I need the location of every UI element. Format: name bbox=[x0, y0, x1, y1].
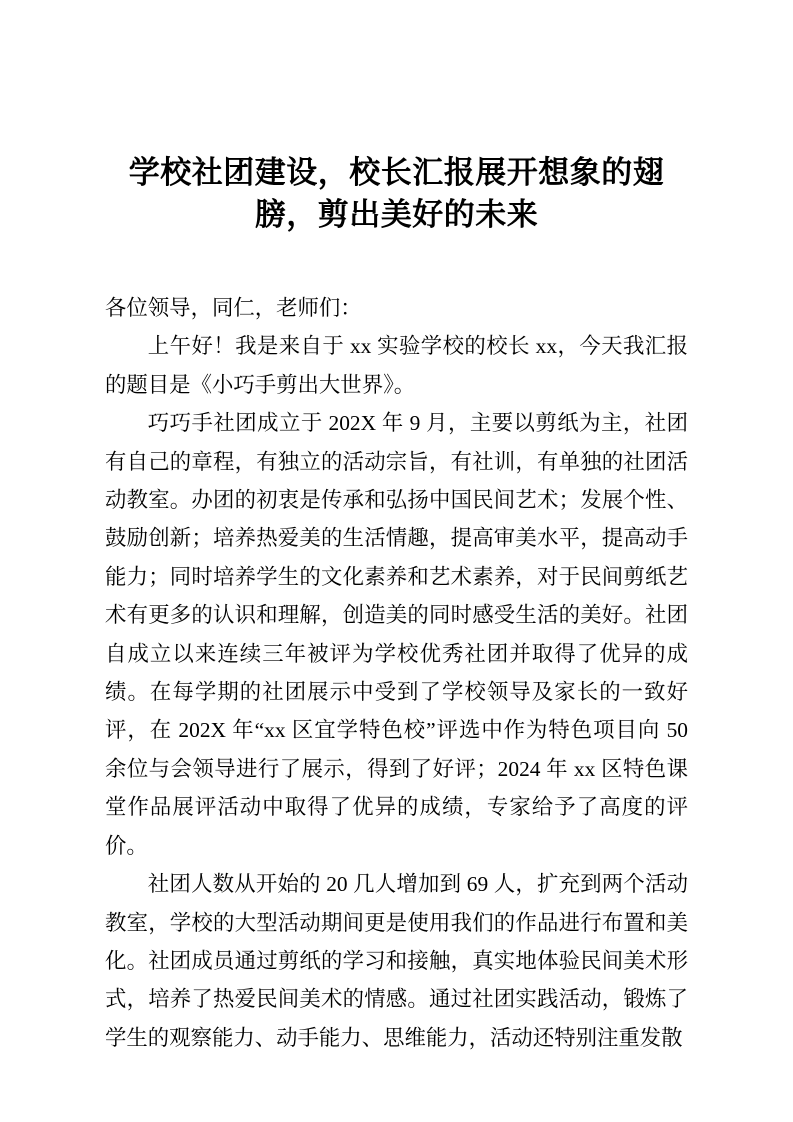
paragraph-club-intro: 巧巧手社团成立于 202X 年 9 月，主要以剪纸为主，社团有自己的章程，有独立… bbox=[105, 404, 688, 865]
document-title: 学校社团建设，校长汇报展开想象的翅膀，剪出美好的未来 bbox=[105, 152, 688, 236]
document-page: 学校社团建设，校长汇报展开想象的翅膀，剪出美好的未来 各位领导，同仁，老师们： … bbox=[0, 0, 793, 1122]
document-body: 各位领导，同仁，老师们： 上午好！我是来自于 xx 实验学校的校长 xx，今天我… bbox=[105, 289, 688, 1057]
paragraph-salutation: 各位领导，同仁，老师们： bbox=[105, 289, 688, 327]
paragraph-club-growth: 社团人数从开始的 20 几人增加到 69 人，扩充到两个活动教室，学校的大型活动… bbox=[105, 865, 688, 1057]
document-content: 学校社团建设，校长汇报展开想象的翅膀，剪出美好的未来 各位领导，同仁，老师们： … bbox=[0, 152, 793, 1057]
paragraph-greeting: 上午好！我是来自于 xx 实验学校的校长 xx，今天我汇报的题目是《小巧手剪出大… bbox=[105, 327, 688, 404]
